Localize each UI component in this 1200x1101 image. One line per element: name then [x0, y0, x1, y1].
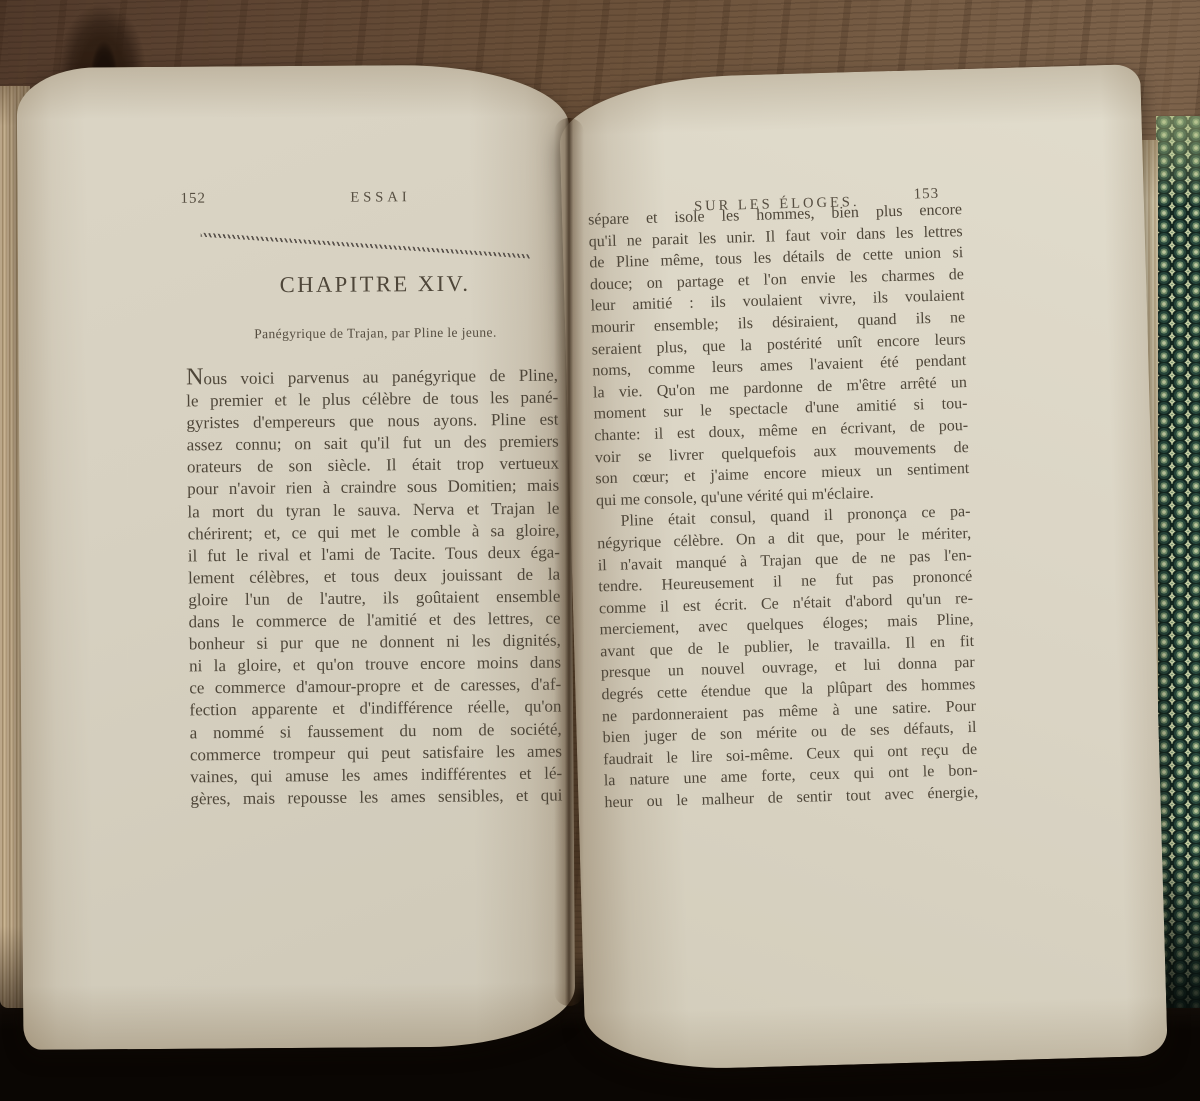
book-left-page: 152 ESSAI CHAPITRE XIV. Panégyrique de T… [17, 64, 576, 1050]
right-page-body: sépare et isole les hommes, bien plus en… [588, 199, 979, 814]
chapter-heading: CHAPITRE XIV. [280, 271, 471, 298]
open-book-photo: 152 ESSAI CHAPITRE XIV. Panégyrique de T… [0, 0, 1200, 1101]
text-line: fection apparente et d'indifférence réel… [189, 696, 561, 722]
left-page-body: Nous voici parvenus au panégyrique de Pl… [186, 364, 563, 811]
text-line: pour n'avoir rien à craindre sous Domiti… [187, 475, 559, 501]
text-line: gères, mais repousse les ames sensibles,… [190, 784, 562, 810]
paragraph: sépare et isole les hommes, bien plus en… [588, 199, 970, 512]
book-right-page: SUR LES ÉLOGES. 153 sépare et isole les … [558, 64, 1167, 1072]
left-page-number: 152 [180, 191, 206, 208]
left-running-header: ESSAI [350, 189, 410, 206]
paragraph: Pline était consul, quand il prononça ce… [596, 501, 978, 814]
chapter-subtitle: Panégyrique de Trajan, par Pline le jeun… [254, 325, 497, 343]
decorative-rule [201, 233, 531, 259]
paragraph: Nous voici parvenus au panégyrique de Pl… [186, 364, 563, 811]
